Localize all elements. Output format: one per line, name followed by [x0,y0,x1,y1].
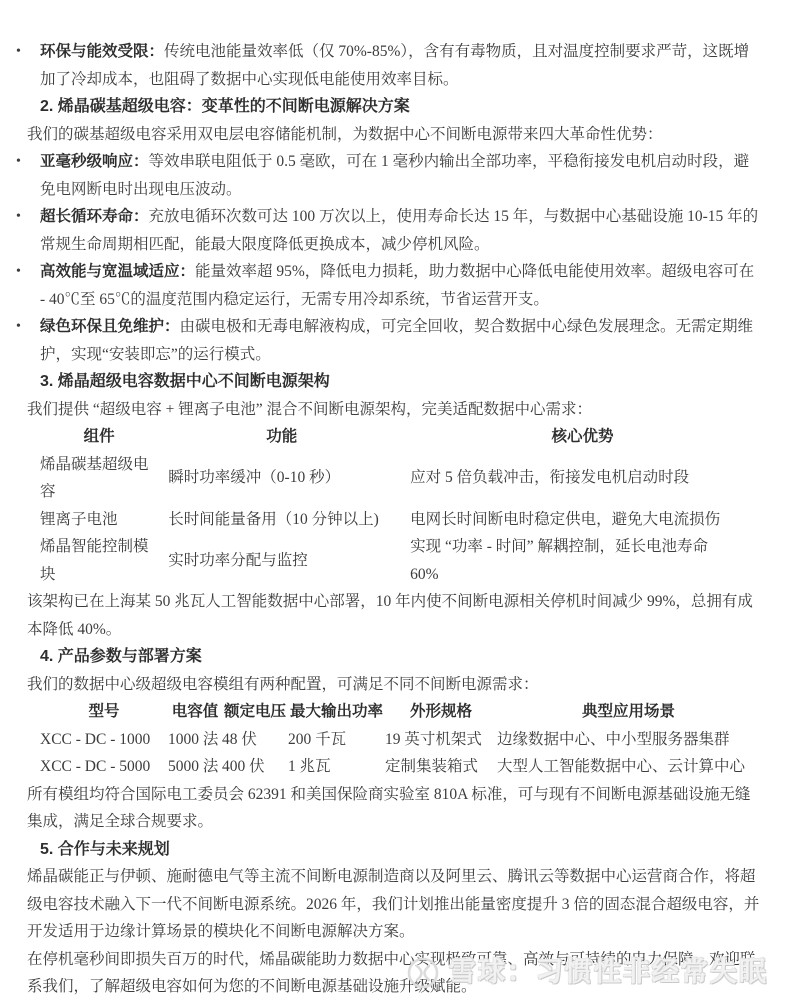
xueqiu-logo-icon [406,956,440,990]
list-item: •绿色环保且免维护：由碳电极和无毒电解液构成，可完全回收，契合数据中心绿色发展理… [14,313,760,368]
column-header: 组件 [40,423,158,451]
paragraph: 我们的碳基超级电容采用双电层电容储能机制，为数据中心不间断电源带来四大革命性优势… [27,121,760,149]
table-header-row: 型号 电容值 额定电压 最大输出功率 外形规格 典型应用场景 [40,698,760,726]
section-heading-2: 2. 烯晶碳基超级电容：变革性的不间断电源解决方案 [40,93,760,121]
list-item: •高效能与宽温域适应：能量效率超 95%，降低电力损耗，助力数据中心降低电能使用… [14,258,760,313]
bullet-label: 亚毫秒级响应： [40,153,149,170]
table-cell: 实现 “功率 - 时间” 解耦控制，延长电池寿命 60% [405,533,760,588]
table-cell: 电网长时间断电时稳定供电，避免大电流损伤 [405,506,760,534]
section-heading-4: 4. 产品参数与部署方案 [40,643,760,671]
table-cell: 19 英寸机架式 [385,726,497,754]
table-cell: 烯晶碳基超级电容 [40,451,158,506]
table-cell: 实时功率分配与监控 [158,533,405,588]
bullet-marker: • [16,258,21,286]
bullet-label: 超长循环寿命： [40,208,149,225]
watermark-text: 雪球：习惯性非经常失眠 [449,959,768,987]
table-cell: 1 兆瓦 [288,753,385,781]
table-cell: 应对 5 倍负载冲击，衔接发电机启动时段 [405,451,760,506]
document-page: •环保与能效受限：传统电池能量效率低（仅 70%-85%），含有有毒物质，且对温… [0,0,800,1002]
table-row: XCC - DC - 1000 1000 法 48 伏 200 千瓦 19 英寸… [40,726,760,754]
list-item: •环保与能效受限：传统电池能量效率低（仅 70%-85%），含有有毒物质，且对温… [14,38,760,93]
bullet-marker: • [16,148,21,176]
table-row: 烯晶碳基超级电容 瞬时功率缓冲（0-10 秒） 应对 5 倍负载冲击，衔接发电机… [40,451,760,506]
table-cell: XCC - DC - 1000 [40,726,168,754]
table-cell: 48 伏 [222,726,288,754]
table-row: 烯晶智能控制模块 实时功率分配与监控 实现 “功率 - 时间” 解耦控制，延长电… [40,533,760,588]
table-cell: 锂离子电池 [40,506,158,534]
column-header: 典型应用场景 [497,698,760,726]
bullet-marker: • [16,203,21,231]
paragraph: 我们的数据中心级超级电容模组有两种配置，可满足不同不间断电源需求： [27,671,760,699]
watermark: 雪球：习惯性非经常失眠 [406,956,768,990]
column-header: 额定电压 [222,698,288,726]
table-cell: 400 伏 [222,753,288,781]
bullet-label: 绿色环保且免维护： [40,318,180,335]
bullet-marker: • [16,313,21,341]
section-heading-5: 5. 合作与未来规划 [40,836,760,864]
bullet-text: 充放电循环次数可达 100 万次以上，使用寿命长达 15 年，与数据中心基础设施… [40,208,758,253]
table-cell: 200 千瓦 [288,726,385,754]
table-row: XCC - DC - 5000 5000 法 400 伏 1 兆瓦 定制集装箱式… [40,753,760,781]
table-cell: 边缘数据中心、中小型服务器集群 [497,726,760,754]
table-header-row: 组件 功能 核心优势 [40,423,760,451]
bullet-marker: • [16,38,21,66]
paragraph: 所有模组均符合国际电工委员会 62391 和美国保险商实验室 810A 标准，可… [27,781,760,836]
table-cell: 1000 法 [168,726,222,754]
bullet-label: 高效能与宽温域适应： [40,263,195,280]
paragraph: 烯晶碳能正与伊顿、施耐德电气等主流不间断电源制造商以及阿里云、腾讯云等数据中心运… [27,863,760,946]
section-heading-3: 3. 烯晶超级电容数据中心不间断电源架构 [40,368,760,396]
table-row: 锂离子电池 长时间能量备用（10 分钟以上) 电网长时间断电时稳定供电，避免大电… [40,506,760,534]
column-header: 核心优势 [405,423,760,451]
paragraph: 我们提供 “超级电容 + 锂离子电池” 混合不间断电源架构，完美适配数据中心需求… [27,396,760,424]
column-header: 最大输出功率 [288,698,385,726]
column-header: 电容值 [168,698,222,726]
bullet-label: 环保与能效受限： [40,43,164,60]
paragraph: 该架构已在上海某 50 兆瓦人工智能数据中心部署，10 年内使不间断电源相关停机… [27,588,760,643]
table-cell: 烯晶智能控制模块 [40,533,158,588]
column-header: 型号 [40,698,168,726]
architecture-table: 组件 功能 核心优势 烯晶碳基超级电容 瞬时功率缓冲（0-10 秒） 应对 5 … [40,423,760,588]
list-item: •亚毫秒级响应：等效串联电阻低于 0.5 毫欧，可在 1 毫秒内输出全部功率，平… [14,148,760,203]
table-cell: 大型人工智能数据中心、云计算中心 [497,753,760,781]
table-cell: 瞬时功率缓冲（0-10 秒） [158,451,405,506]
table-cell: 定制集装箱式 [385,753,497,781]
table-cell: XCC - DC - 5000 [40,753,168,781]
column-header: 功能 [158,423,405,451]
list-item: •超长循环寿命：充放电循环次数可达 100 万次以上，使用寿命长达 15 年，与… [14,203,760,258]
product-table: 型号 电容值 额定电压 最大输出功率 外形规格 典型应用场景 XCC - DC … [40,698,760,781]
table-cell: 长时间能量备用（10 分钟以上) [158,506,405,534]
table-cell: 5000 法 [168,753,222,781]
column-header: 外形规格 [385,698,497,726]
